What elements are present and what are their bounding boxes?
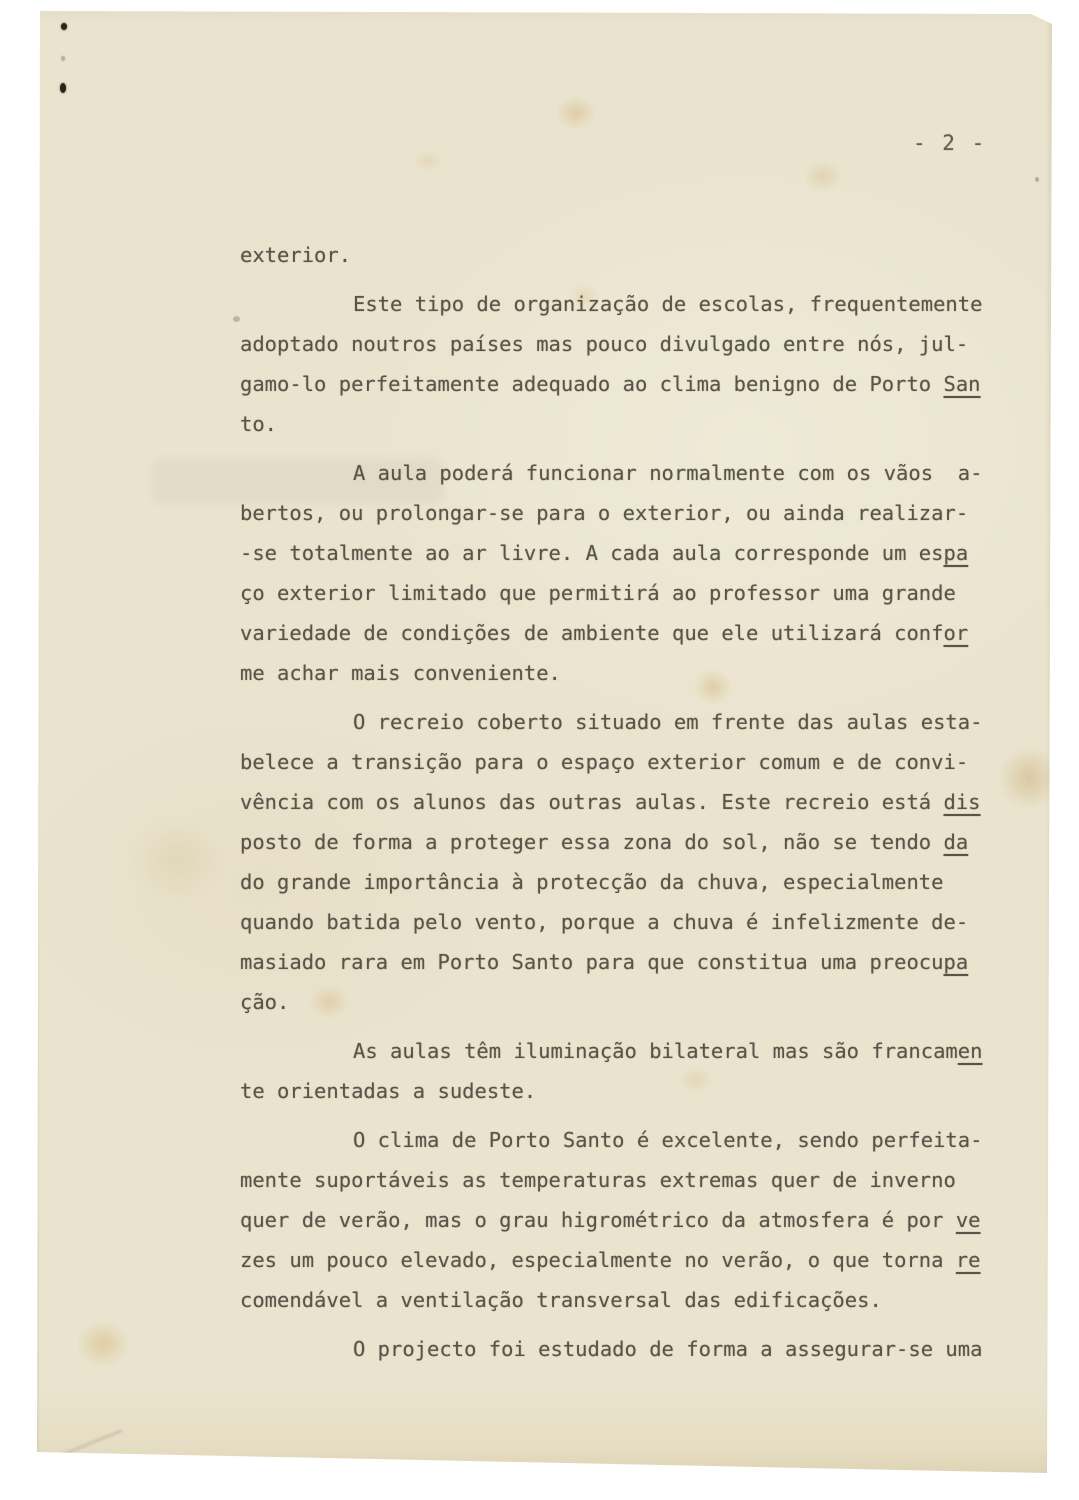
text-line: me achar mais conveniente. — [240, 653, 1020, 693]
text-line: belece a transição para o espaço exterio… — [240, 742, 1020, 782]
text-line: gamo-lo perfeitamente adequado ao clima … — [240, 364, 1020, 404]
text-line: te orientadas a sudeste. — [240, 1071, 1020, 1111]
text-line: vência com os alunos das outras aulas. E… — [240, 782, 1020, 822]
text-line: A aula poderá funcionar normalmente com … — [240, 453, 1020, 493]
underlined-syllable: or — [944, 621, 969, 645]
text-line: zes um pouco elevado, especialmente no v… — [240, 1240, 1020, 1280]
text-line: O recreio coberto situado em frente das … — [240, 702, 1020, 742]
paragraph: O projecto foi estudado de forma a asseg… — [240, 1329, 1020, 1369]
text-line: O clima de Porto Santo é excelente, send… — [240, 1120, 1020, 1160]
underlined-syllable: re — [956, 1248, 981, 1272]
paragraph: As aulas têm iluminação bilateral mas sã… — [240, 1031, 1020, 1111]
text-line: bertos, ou prolongar-se para o exterior,… — [240, 493, 1020, 533]
age-stain — [75, 1319, 131, 1369]
document-scan: - 2 - exterior.Este tipo de organização … — [0, 0, 1079, 1500]
underlined-syllable: ve — [956, 1208, 981, 1232]
underlined-syllable: dis — [944, 790, 981, 814]
text-line: quando batida pelo vento, porque a chuva… — [240, 902, 1020, 942]
underlined-syllable: San — [944, 372, 981, 396]
ink-speck — [1035, 177, 1039, 182]
underlined-syllable: pa — [944, 950, 969, 974]
paragraph: exterior. — [240, 235, 1020, 275]
text-line: posto de forma a proteger essa zona do s… — [240, 822, 1020, 862]
text-line: ção. — [240, 982, 1020, 1022]
age-stain — [555, 95, 597, 131]
paragraph: A aula poderá funcionar normalmente com … — [240, 453, 1020, 693]
text-line: variedade de condições de ambiente que e… — [240, 613, 1020, 653]
underlined-syllable: da — [944, 830, 969, 854]
text-line: to. — [240, 404, 1020, 444]
text-line: adoptado noutros países mas pouco divulg… — [240, 324, 1020, 364]
text-line: As aulas têm iluminação bilateral mas sã… — [240, 1031, 1020, 1071]
paragraph: O recreio coberto situado em frente das … — [240, 702, 1020, 1022]
ink-speck — [233, 316, 240, 322]
text-line: ço exterior limitado que permitirá ao pr… — [240, 573, 1020, 613]
typewritten-text: exterior.Este tipo de organização de esc… — [240, 235, 1020, 1378]
text-line: comendável a ventilação transversal das … — [240, 1280, 1020, 1320]
paper-page: - 2 - exterior.Este tipo de organização … — [33, 7, 1053, 1475]
staple-hole — [61, 56, 65, 61]
staple-hole — [61, 23, 67, 30]
text-line: O projecto foi estudado de forma a asseg… — [240, 1329, 1020, 1369]
text-line: do grande importância à protecção da chu… — [240, 862, 1020, 902]
text-line: exterior. — [240, 235, 1020, 275]
paragraph: O clima de Porto Santo é excelente, send… — [240, 1120, 1020, 1320]
text-line: masiado rara em Porto Santo para que con… — [240, 942, 1020, 982]
age-stain — [129, 815, 225, 905]
underlined-syllable: pa — [944, 541, 969, 565]
staple-hole — [60, 83, 66, 93]
age-stain — [413, 149, 443, 173]
text-line: -se totalmente ao ar livre. A cada aula … — [240, 533, 1020, 573]
paper-crease — [38, 1429, 123, 1465]
text-line: quer de verão, mas o grau higrométrico d… — [240, 1200, 1020, 1240]
page-number: - 2 - — [913, 131, 986, 155]
age-stain — [803, 159, 843, 193]
underlined-syllable: en — [958, 1039, 983, 1063]
text-line: Este tipo de organização de escolas, fre… — [240, 284, 1020, 324]
text-line: mente suportáveis as temperaturas extrem… — [240, 1160, 1020, 1200]
paragraph: Este tipo de organização de escolas, fre… — [240, 284, 1020, 444]
